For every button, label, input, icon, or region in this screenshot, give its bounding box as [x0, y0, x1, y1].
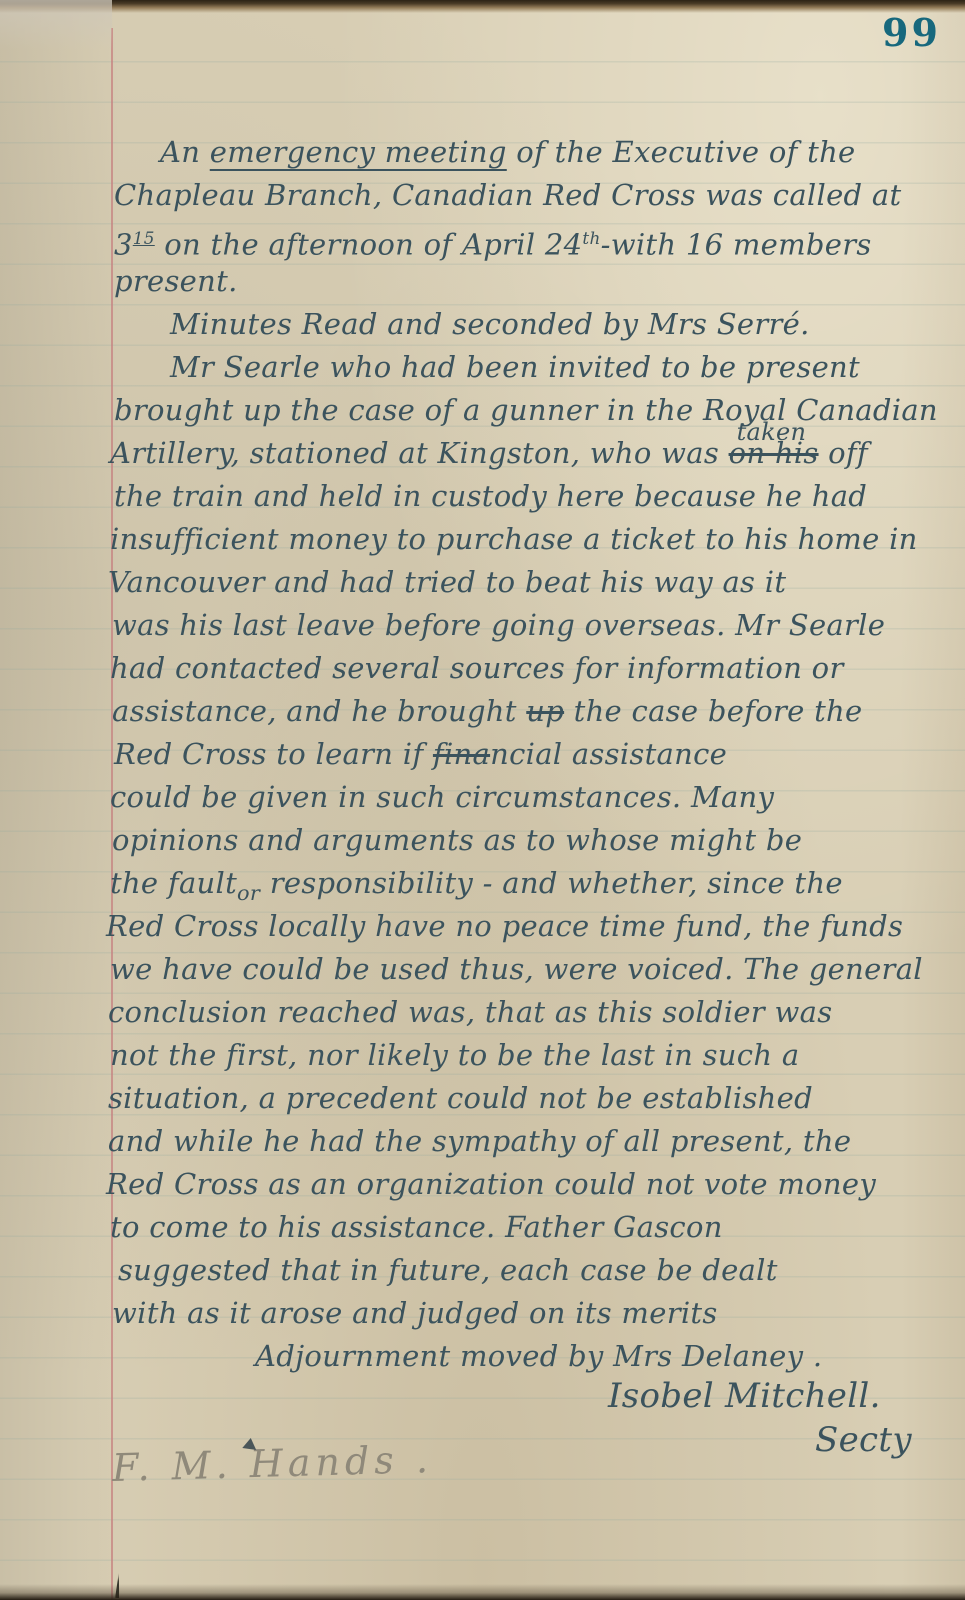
page-corner-edge: [0, 0, 112, 50]
handwriting-line: situation, a precedent could not be esta…: [108, 1078, 813, 1118]
secretary-title: Secty: [815, 1420, 912, 1460]
handwriting-segment: or: [237, 881, 260, 905]
handwriting-segment: suggested that in future, each case be d…: [118, 1253, 778, 1287]
handwriting-line: Mr Searle who had been invited to be pre…: [170, 347, 860, 387]
handwriting-segment: situation, a precedent could not be esta…: [108, 1081, 813, 1115]
handwriting-segment: was his last leave before going overseas…: [112, 608, 885, 642]
handwriting-line: with as it arose and judged on its merit…: [112, 1293, 718, 1333]
handwriting-segment: had contacted several sources for inform…: [110, 651, 844, 685]
handwriting-line: Red Cross to learn if financial assistan…: [114, 734, 727, 774]
handwriting-line: not the first, nor likely to be the last…: [110, 1035, 799, 1075]
handwriting-segment: 3: [114, 228, 133, 262]
handwriting-line: and while he had the sympathy of all pre…: [108, 1121, 851, 1161]
handwriting-segment: Artillery, stationed at Kingston, who wa…: [110, 436, 729, 470]
handwriting-line: present.: [114, 261, 238, 301]
handwriting-line: Artillery, stationed at Kingston, who wa…: [110, 433, 868, 473]
minute-book-page: 99 An emergency meeting of the Executive…: [0, 0, 965, 1600]
handwriting-line: had contacted several sources for inform…: [110, 648, 844, 688]
handwriting-segment: present.: [114, 264, 238, 298]
handwriting-line: opinions and arguments as to whose might…: [112, 820, 802, 860]
handwriting-segment: to come to his assistance. Father Gascon: [110, 1210, 723, 1244]
handwriting-segment: Adjournment moved by Mrs Delaney .: [255, 1339, 822, 1373]
handwriting-segment: and while he had the sympathy of all pre…: [108, 1124, 851, 1158]
handwriting-line: suggested that in future, each case be d…: [118, 1250, 778, 1290]
handwriting-segment: assistance, and he brought: [112, 694, 526, 728]
heading-line: An emergency meeting of the Executive of…: [160, 132, 856, 172]
adjournment-line: Adjournment moved by Mrs Delaney .: [255, 1336, 822, 1376]
secretary-signature: Isobel Mitchell.: [608, 1376, 881, 1416]
handwriting-segment: Red Cross locally have no peace time fun…: [106, 909, 903, 943]
handwriting-segment: brought up the case of a gunner in the R…: [114, 393, 938, 427]
handwriting-segment: the case before the: [564, 694, 862, 728]
handwriting-segment: could be given in such circumstances. Ma…: [110, 780, 774, 814]
handwriting-segment: th: [582, 228, 600, 248]
page-number: 99: [882, 10, 941, 55]
handwriting-line: could be given in such circumstances. Ma…: [110, 777, 774, 817]
handwriting-line: to come to his assistance. Father Gascon: [110, 1207, 723, 1247]
ink-blot: [242, 1437, 257, 1450]
handwriting-line: conclusion reached was, that as this sol…: [108, 992, 832, 1032]
handwriting-segment: F. M. Hands .: [111, 1437, 433, 1490]
handwriting-segment: responsibility - and whether, since the: [260, 866, 843, 900]
approval-signature-pencil: F. M. Hands .: [111, 1439, 433, 1488]
handwriting-line: assistance, and he brought up the case b…: [112, 691, 863, 731]
handwriting-segment: Chapleau Branch, Canadian Red Cross was …: [114, 178, 901, 212]
handwriting-line: Minutes Read and seconded by Mrs Serré.: [170, 304, 810, 344]
handwriting-segment: 15: [133, 228, 155, 248]
handwriting-segment: on histaken: [729, 436, 819, 470]
handwriting-segment: with as it arose and judged on its merit…: [112, 1296, 718, 1330]
handwriting-segment: Isobel Mitchell.: [608, 1376, 881, 1416]
handwriting-segment: An: [160, 135, 210, 169]
handwriting-segment: Minutes Read and seconded by Mrs Serré.: [170, 307, 810, 341]
handwriting-line: was his last leave before going overseas…: [112, 605, 885, 645]
handwriting-line: brought up the case of a gunner in the R…: [114, 390, 938, 430]
handwriting-segment: Mr Searle who had been invited to be pre…: [170, 350, 860, 384]
handwriting-segment: Red Cross to learn if: [114, 737, 433, 771]
handwriting-line: insufficient money to purchase a ticket …: [110, 519, 918, 559]
handwriting-segment: up: [526, 694, 564, 728]
handwriting-segment: of the Executive of the: [507, 135, 856, 169]
handwriting-segment: the train and held in custody here becau…: [114, 479, 867, 513]
handwriting-segment: ncial assistance: [490, 737, 727, 771]
handwriting-segment: off: [819, 436, 868, 470]
handwriting-segment: Secty: [815, 1420, 912, 1460]
inserted-word-above-line: taken: [737, 412, 807, 452]
handwriting-segment: conclusion reached was, that as this sol…: [108, 995, 832, 1029]
handwriting-segment: on the afternoon of April 24: [155, 228, 583, 262]
handwriting-line: the train and held in custody here becau…: [114, 476, 867, 516]
handwriting-line: Chapleau Branch, Canadian Red Cross was …: [114, 175, 901, 215]
handwriting-line: Red Cross as an organization could not v…: [106, 1164, 876, 1204]
handwriting-segment: insufficient money to purchase a ticket …: [110, 522, 918, 556]
handwriting-line: we have could be used thus, were voiced.…: [110, 949, 923, 989]
handwriting-segment: fina: [433, 737, 490, 771]
book-top-edge: [0, 0, 965, 13]
handwriting-segment: not the first, nor likely to be the last…: [110, 1038, 799, 1072]
handwriting-segment: emergency meeting: [210, 135, 507, 169]
handwriting-segment: Vancouver and had tried to beat his way …: [108, 565, 786, 599]
handwriting-line: Red Cross locally have no peace time fun…: [106, 906, 903, 946]
handwriting-segment: -with 16 members: [601, 228, 872, 262]
handwriting-line: Vancouver and had tried to beat his way …: [108, 562, 786, 602]
book-bottom-edge: [0, 1584, 965, 1600]
handwriting-segment: opinions and arguments as to whose might…: [112, 823, 802, 857]
handwriting-segment: the fault: [110, 866, 237, 900]
handwriting-segment: we have could be used thus, were voiced.…: [110, 952, 923, 986]
handwriting-line: 315 on the afternoon of April 24th-with …: [114, 218, 872, 265]
handwriting-segment: Red Cross as an organization could not v…: [106, 1167, 876, 1201]
